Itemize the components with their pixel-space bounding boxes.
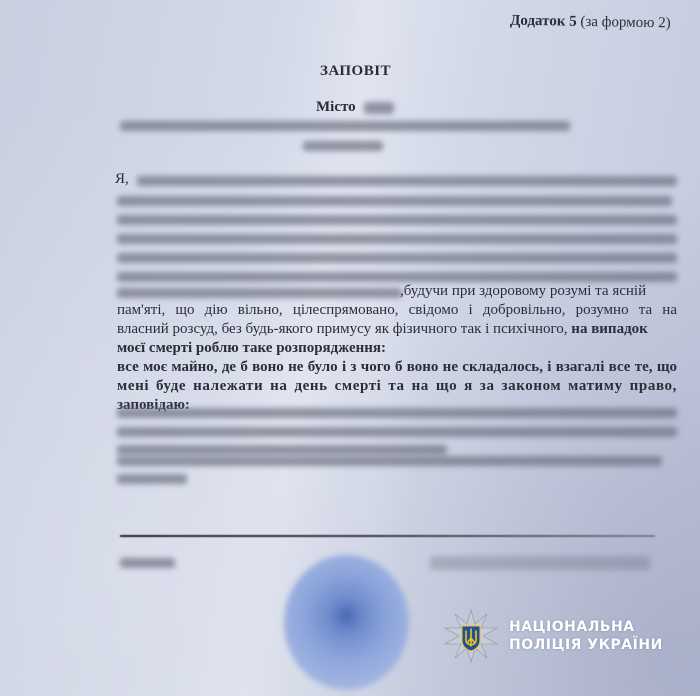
redacted-testator-line-5 [117,253,677,263]
redacted-date [303,141,383,151]
police-watermark: НАЦІОНАЛЬНА ПОЛІЦІЯ УКРАЇНИ [443,608,663,664]
redacted-city [364,102,394,114]
police-wordmark-line-2: ПОЛІЦІЯ УКРАЇНИ [509,636,663,654]
redacted-testator-line-6 [117,272,677,282]
police-star-trident-icon [443,608,499,664]
body-line-4: моєї смерті роблю таке розпорядження: [117,339,677,358]
city-label: Місто [316,99,356,116]
opening-word: Я, [115,171,129,188]
document-title: ЗАПОВІТ [320,63,391,80]
police-wordmark: НАЦІОНАЛЬНА ПОЛІЦІЯ УКРАЇНИ [509,618,663,654]
body-line-5: все моє майно, де б воно не було і з чог… [117,358,677,377]
redacted-signature-name [430,556,650,570]
redacted-testator-line-3 [117,215,677,225]
redacted-heir-line-1 [117,408,677,418]
redacted-testator-line-4 [117,234,677,244]
redacted-heir-line-2 [117,427,677,437]
redacted-heir-line-3 [117,445,447,455]
body-line-1: ,будучи при здоровому розумі та ясній [400,282,677,301]
body-line-3: власний розсуд, без будь-якого примусу я… [117,320,677,339]
body-line-3-regular: власний розсуд, без будь-якого примусу я… [117,321,568,337]
annex-form: (за формою 2) [577,14,671,32]
body-line-3-bold: на випадок [571,321,648,337]
redacted-signature-label [120,558,175,568]
redacted-testator-line-7 [117,288,402,298]
police-wordmark-line-1: НАЦІОНАЛЬНА [509,618,663,636]
redacted-notary-line [120,121,570,131]
signature-rule [120,535,655,537]
annex-label: Додаток 5 (за формою 2) [510,13,671,33]
body-line-6: мені буде належати на день смерті та на … [117,377,677,396]
redacted-heir-line-4 [117,456,662,466]
body-line-2: пам'яті, що дію вільно, цілеспрямовано, … [117,301,677,320]
annex-number: Додаток 5 [510,13,577,30]
redacted-heir-line-5 [117,474,187,484]
redacted-testator-line-2 [117,196,672,206]
notary-stamp [284,555,409,690]
redacted-testator-line-1 [137,176,677,186]
